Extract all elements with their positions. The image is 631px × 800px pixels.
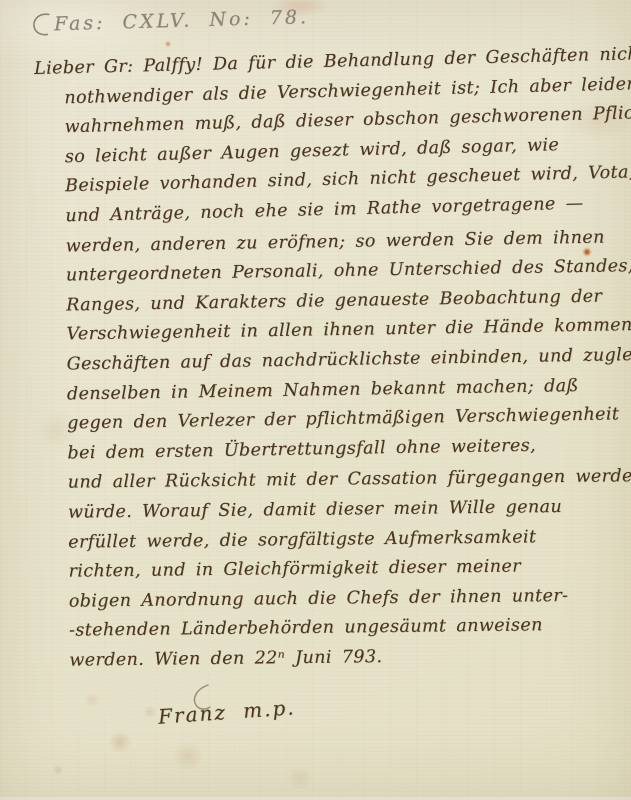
- archival-mark-text: Fas: CXLV. No: 78.: [54, 6, 310, 35]
- signature: Franz m.p.: [157, 695, 296, 729]
- letter-body: Lieber Gr: Palffy! Da für die Behandlung…: [34, 50, 626, 677]
- bracket-swash-icon: [32, 11, 51, 37]
- manuscript-page: Fas: CXLV. No: 78. Lieber Gr: Palffy! Da…: [0, 0, 631, 800]
- archival-mark: Fas: CXLV. No: 78.: [32, 4, 310, 38]
- manuscript-line-date: werden. Wien den 22ⁿ Juni 793.: [39, 640, 626, 676]
